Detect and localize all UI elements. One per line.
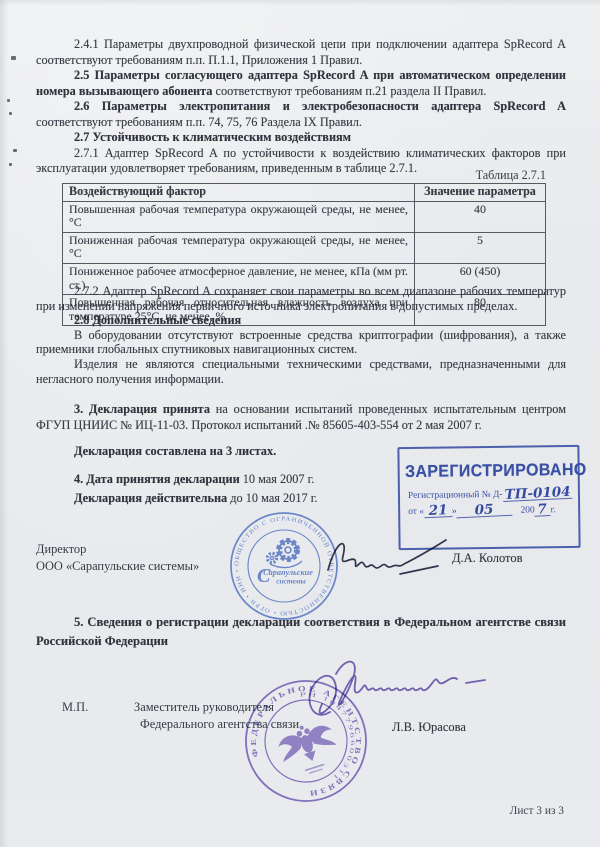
- paragraph-declaration-accepted: 3. Декларация принята на основании испыт…: [36, 402, 566, 433]
- date-from-label: от «: [408, 507, 424, 518]
- value-cell: 5: [415, 232, 546, 263]
- section-2-continued: 2.7.2 Адаптер SpRecord A сохраняет свои …: [36, 284, 566, 386]
- mp-label: М.П.: [62, 699, 134, 732]
- value-cell: 40: [415, 201, 546, 232]
- column-header-factor: Воздействующий фактор: [63, 184, 415, 202]
- sheet-number: Лист 3 из 3: [510, 805, 564, 817]
- paragraph-text: 2.4.1 Параметры двухпроводной физической…: [36, 37, 566, 67]
- document-page: 2.4.1 Параметры двухпроводной физической…: [0, 0, 600, 847]
- date-year-suffix: г.: [551, 505, 556, 516]
- registration-number-label: Регистрационный № Д-: [408, 490, 503, 502]
- paragraph-2-5: 2.5 Параметры согласующего адаптера SpRe…: [36, 68, 566, 99]
- paragraph-crypto: В оборудовании отсутствуют встроенные ср…: [36, 328, 566, 357]
- section-2-paragraphs: 2.4.1 Параметры двухпроводной физической…: [36, 37, 566, 177]
- paragraph-text: 2.7.2 Адаптер SpRecord A сохраняет свои …: [36, 284, 566, 313]
- date-day-handwritten: 21: [424, 504, 453, 518]
- paragraph-bold-text: Декларация действительна: [74, 491, 227, 505]
- seal-logo-line2: системы: [276, 577, 306, 586]
- paragraph-special-means: Изделия не являются специальными техниче…: [36, 357, 566, 386]
- factor-cell: Пониженная рабочая температура окружающе…: [63, 232, 415, 263]
- heading-text: 2.8 Дополнительные сведения: [74, 313, 241, 327]
- factor-cell: Повышенная рабочая температура окружающе…: [63, 201, 415, 232]
- director-name: Д.А. Колотов: [452, 551, 523, 566]
- scan-speck: [11, 56, 16, 60]
- registered-stamp-title: ЗАРЕГИСТРИРОВАНО: [405, 460, 573, 482]
- registration-number-row: Регистрационный № Д- ТП-0104: [408, 487, 572, 502]
- table-row: Повышенная рабочая температура окружающе…: [63, 201, 546, 232]
- paragraph-2-6: 2.6 Параметры электропитания и электробе…: [36, 99, 566, 130]
- heading-text: 2.7 Устойчивость к климатическим воздейс…: [74, 130, 351, 144]
- paragraph-text: Изделия не являются специальными техниче…: [36, 357, 566, 386]
- date-month-handwritten: 05: [456, 503, 513, 519]
- deputy-signature: [300, 652, 505, 730]
- column-header-value: Значение параметра: [415, 184, 546, 202]
- paragraph-text: до 10 мая 2017 г.: [227, 491, 317, 505]
- scan-speck: [9, 163, 12, 166]
- scan-speck: [9, 112, 12, 115]
- registration-date-row: от « 21 » 05 200 7 г.: [408, 503, 572, 518]
- date-year-handwritten: 7: [534, 503, 551, 517]
- paragraph-text: В оборудовании отсутствуют встроенные ср…: [36, 328, 566, 357]
- paragraph-bold-text: Декларация составлена на 3 листах.: [74, 444, 276, 458]
- paragraph-text: соответствуют требованиям п.п. 74, 75, 7…: [36, 115, 362, 129]
- paragraph-bold-text: 4. Дата принятия декларации: [74, 472, 240, 486]
- signature-stroke: [309, 662, 485, 715]
- seal-lower-mark: [305, 764, 325, 772]
- director-signature: [322, 524, 462, 586]
- director-company: ООО «Сарапульские системы»: [36, 558, 199, 574]
- heading-2-8: 2.8 Дополнительные сведения: [36, 313, 566, 328]
- date-year-printed: 200: [520, 505, 534, 516]
- signature-stroke: [328, 540, 446, 574]
- table-header-row: Воздействующий фактор Значение параметра: [63, 184, 546, 202]
- seal-ring-text: ОБЩЕСТВО С ОГРАНИЧЕННОЙ ОТВЕТСТВЕННОСТЬЮ…: [234, 516, 333, 615]
- scan-speck: [7, 99, 10, 102]
- table-row: Пониженная рабочая температура окружающе…: [63, 232, 546, 263]
- registration-number-handwritten: ТП-0104: [502, 486, 572, 502]
- section-3: 3. Декларация принята на основании испыт…: [36, 402, 566, 433]
- table-caption: Таблица 2.7.1: [36, 168, 546, 183]
- heading-2-7: 2.7 Устойчивость к климатическим воздейс…: [36, 130, 566, 146]
- director-title: Директор: [36, 541, 86, 557]
- paragraph-text: 10 мая 2007 г.: [240, 472, 315, 486]
- scan-speck: [13, 149, 17, 152]
- gear-icon: [268, 541, 303, 568]
- paragraph-2-7-2: 2.7.2 Адаптер SpRecord A сохраняет свои …: [36, 284, 566, 313]
- paragraph-bold-text: 2.6 Параметры электропитания и электробе…: [74, 99, 566, 113]
- paragraph-2-4-1: 2.4.1 Параметры двухпроводной физической…: [36, 37, 566, 68]
- paragraph-bold-text: 3. Декларация принята: [74, 402, 210, 416]
- paragraph-text: соответствуют требованиям п.21 раздела I…: [212, 84, 486, 98]
